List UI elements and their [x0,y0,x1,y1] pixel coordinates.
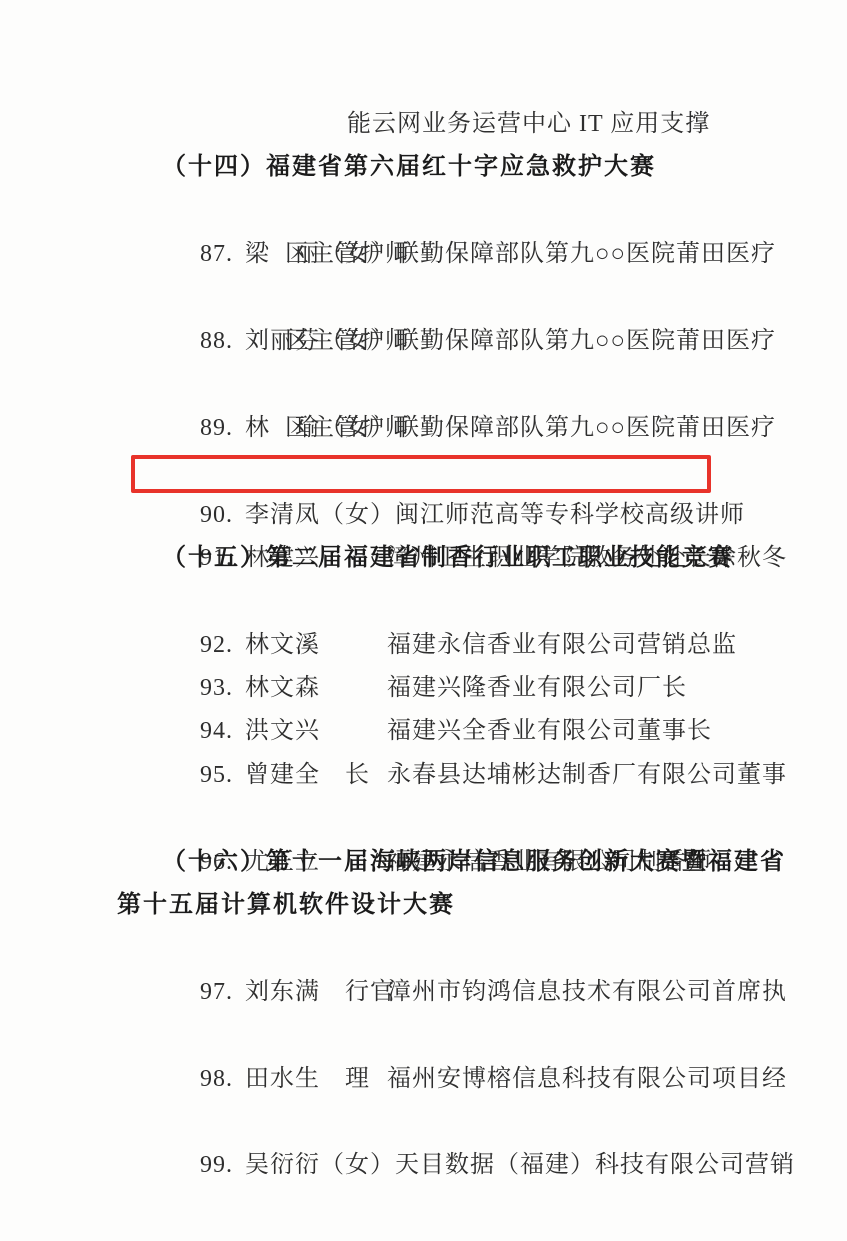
list-item-89: 89.林 瑜（女）联勤保障部队第九○○医院莆田医疗 [0,363,847,406]
entry-number: 95. [200,754,233,797]
scanned-document-page: 能云网业务运营中心 IT 应用支撑 （十四）福建省第六届红十字应急救护大赛 87… [0,0,847,1241]
section-heading-15: （十五）第二届福建省制香行业职工职业技能竞赛 [0,537,847,580]
entry-name: 田水生 [245,1066,320,1092]
entry-organization: 福州安博榕信息科技有限公司项目经 [387,1066,787,1092]
section-heading-16: （十六）第十一届海峡两岸信息服务创新大赛暨福建省 [0,841,847,884]
entry-number: 94. [200,710,233,753]
entry-number: 88. [200,320,233,363]
entry-organization: 福建永信香业有限公司营销总监 [387,632,737,658]
entry-name: 李清凤 [245,502,320,528]
list-item-96: 96.尤正立福建永信香业有限公司制香师 [0,797,847,840]
entry-organization: 永春县达埔彬达制香厂有限公司董事 [387,762,787,788]
entry-number: 87. [200,233,233,276]
entry-number: 89. [200,407,233,450]
entry-organization: 联勤保障部队第九○○医院莆田医疗 [395,241,776,267]
entry-name: 林文溪 [245,632,320,658]
entry-name: 曾建全 [245,762,320,788]
entry-number: 98. [200,1058,233,1101]
list-item-97: 97.刘东满漳州市钧鸿信息技术有限公司首席执 [0,927,847,970]
list-item-99: 99.吴衍衍（女）天目数据（福建）科技有限公司营销 [0,1101,847,1144]
entry-number: 99. [200,1144,233,1187]
entry-organization: 漳州市钧鸿信息技术有限公司首席执 [387,979,787,1005]
entry-organization: 福建兴隆香业有限公司厂长 [387,675,687,701]
list-item-92: 92.林文溪福建永信香业有限公司营销总监 [0,580,847,623]
entry-gender: （女） [320,1152,395,1178]
document-body: 能云网业务运营中心 IT 应用支撑 （十四）福建省第六届红十字应急救护大赛 87… [0,0,847,1241]
entry-organization: 联勤保障部队第九○○医院莆田医疗 [395,415,776,441]
list-item-88: 88.刘丽芬（女）联勤保障部队第九○○医院莆田医疗 [0,277,847,320]
list-item-90-highlighted: 90.李清凤（女）闽江师范高等专科学校高级讲师 [0,450,847,493]
entry-number: 90. [200,494,233,537]
section-heading-16-continuation: 第十五届计算机软件设计大赛 [0,884,847,927]
entry-name-cell: 93.林文森 [200,667,387,710]
entry-number: 97. [200,971,233,1014]
entry-number: 93. [200,667,233,710]
entry-name: 林文森 [245,675,320,701]
intro-continuation-line: 能云网业务运营中心 IT 应用支撑 [0,103,847,146]
entry-name: 刘东满 [245,979,320,1005]
entry-name: 吴衍衍 [245,1152,320,1178]
entry-number: 92. [200,624,233,667]
entry-name-cell: 92.林文溪 [200,624,387,667]
list-item-98: 98.田水生福州安博榕信息科技有限公司项目经 [0,1014,847,1057]
entry-organization: 福建兴全香业有限公司董事长 [387,718,712,744]
entry-gender: （女） [320,502,395,528]
entry-name-cell: 94.洪文兴 [200,710,387,753]
list-item-87: 87.梁 丽（女）联勤保障部队第九○○医院莆田医疗 [0,190,847,233]
section-heading-14: （十四）福建省第六届红十字应急救护大赛 [0,146,847,189]
entry-organization: 天目数据（福建）科技有限公司营销 [395,1152,795,1178]
entry-organization: 闽江师范高等专科学校高级讲师 [395,502,745,528]
entry-name: 洪文兴 [245,718,320,744]
entry-organization: 联勤保障部队第九○○医院莆田医疗 [395,328,776,354]
